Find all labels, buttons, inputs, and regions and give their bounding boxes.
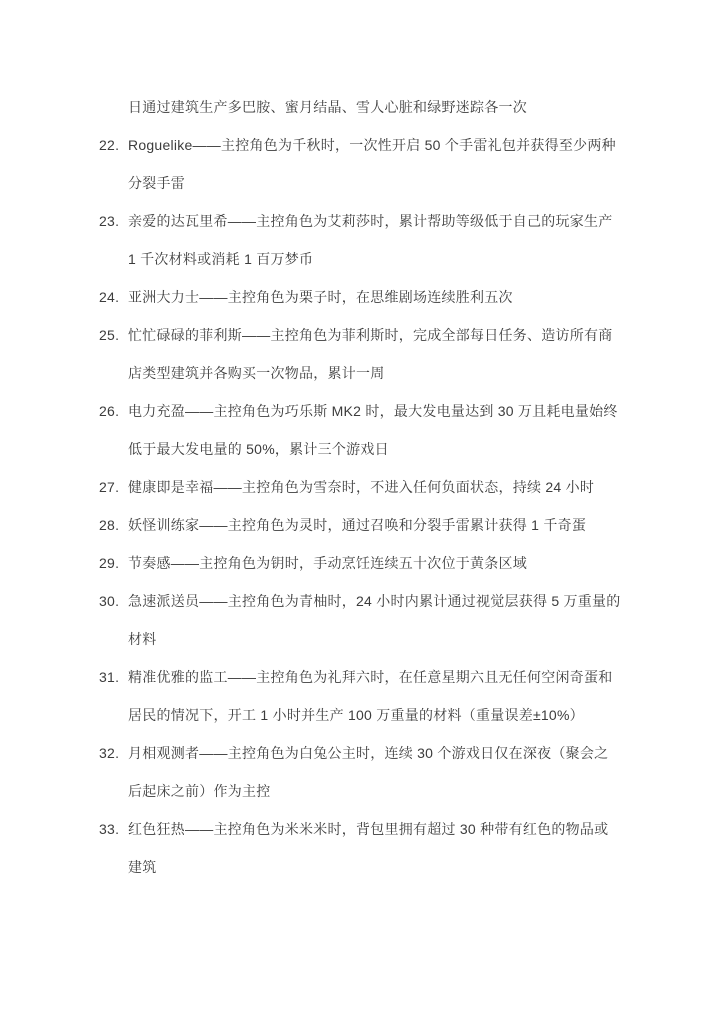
document-content: 日通过建筑生产多巴胺、蜜月结晶、雪人心脏和绿野迷踪各一次 22.Roguelik… [99,88,659,886]
list-item-line: 23.亲爱的达瓦里希——主控角色为艾莉莎时，累计帮助等级低于自己的玩家生产 [99,202,659,240]
list-item-line: 店类型建筑并各购买一次物品，累计一周 [128,354,659,392]
list-item-number: 30. [99,582,128,620]
list-item-line: 24.亚洲大力士——主控角色为栗子时，在思维剧场连续胜利五次 [99,278,659,316]
list-item-line: 居民的情况下，开工 1 小时并生产 100 万重量的材料（重量误差±10%） [128,696,659,734]
list-item-number: 25. [99,316,128,354]
achievement-list: 22.Roguelike——主控角色为千秋时，一次性开启 50 个手雷礼包并获得… [99,126,659,886]
list-item-text: 健康即是幸福——主控角色为雪奈时，不进入任何负面状态，持续 24 小时 [128,479,594,495]
list-item-text: 精准优雅的监工——主控角色为礼拜六时，在任意星期六且无任何空闲奇蛋和 [128,669,613,685]
list-item-line: 25.忙忙碌碌的菲利斯——主控角色为菲利斯时，完成全部每日任务、造访所有商 [99,316,659,354]
list-item-line: 分裂手雷 [128,164,659,202]
list-item: 24.亚洲大力士——主控角色为栗子时，在思维剧场连续胜利五次 [99,278,659,316]
list-item: 30.急速派送员——主控角色为青柚时，24 小时内累计通过视觉层获得 5 万重量… [99,582,659,658]
list-item-text: 节奏感——主控角色为钥时，手动烹饪连续五十次位于黄条区域 [128,555,527,571]
list-item: 22.Roguelike——主控角色为千秋时，一次性开启 50 个手雷礼包并获得… [99,126,659,202]
list-item: 28.妖怪训练家——主控角色为灵时，通过召唤和分裂手雷累计获得 1 千奇蛋 [99,506,659,544]
list-item: 26.电力充盈——主控角色为巧乐斯 MK2 时，最大发电量达到 30 万且耗电量… [99,392,659,468]
list-item-text: 急速派送员——主控角色为青柚时，24 小时内累计通过视觉层获得 5 万重量的 [128,593,621,609]
list-item: 31.精准优雅的监工——主控角色为礼拜六时，在任意星期六且无任何空闲奇蛋和居民的… [99,658,659,734]
list-item-text: 红色狂热——主控角色为米米米时，背包里拥有超过 30 种带有红色的物品或 [128,821,608,837]
list-item-line: 32.月相观测者——主控角色为白兔公主时，连续 30 个游戏日仅在深夜（聚会之 [99,734,659,772]
list-item-number: 24. [99,278,128,316]
list-item-number: 31. [99,658,128,696]
list-item-line: 26.电力充盈——主控角色为巧乐斯 MK2 时，最大发电量达到 30 万且耗电量… [99,392,659,430]
list-item-line: 30.急速派送员——主控角色为青柚时，24 小时内累计通过视觉层获得 5 万重量… [99,582,659,620]
list-item-number: 32. [99,734,128,772]
list-item-text: 月相观测者——主控角色为白兔公主时，连续 30 个游戏日仅在深夜（聚会之 [128,745,608,761]
list-item-line: 1 千次材料或消耗 1 百万梦币 [128,240,659,278]
list-item-line: 33.红色狂热——主控角色为米米米时，背包里拥有超过 30 种带有红色的物品或 [99,810,659,848]
continuation-line: 日通过建筑生产多巴胺、蜜月结晶、雪人心脏和绿野迷踪各一次 [128,88,659,126]
list-item-text: 忙忙碌碌的菲利斯——主控角色为菲利斯时，完成全部每日任务、造访所有商 [128,327,613,343]
list-item: 32.月相观测者——主控角色为白兔公主时，连续 30 个游戏日仅在深夜（聚会之后… [99,734,659,810]
list-item-number: 26. [99,392,128,430]
list-item-number: 23. [99,202,128,240]
list-item-number: 22. [99,126,128,164]
list-item-line: 建筑 [128,848,659,886]
list-item-line: 低于最大发电量的 50%，累计三个游戏日 [128,430,659,468]
list-item-line: 27.健康即是幸福——主控角色为雪奈时，不进入任何负面状态，持续 24 小时 [99,468,659,506]
list-item-line: 材料 [128,620,659,658]
list-item-line: 28.妖怪训练家——主控角色为灵时，通过召唤和分裂手雷累计获得 1 千奇蛋 [99,506,659,544]
list-item: 29.节奏感——主控角色为钥时，手动烹饪连续五十次位于黄条区域 [99,544,659,582]
list-item-text: 亲爱的达瓦里希——主控角色为艾莉莎时，累计帮助等级低于自己的玩家生产 [128,213,613,229]
list-item: 27.健康即是幸福——主控角色为雪奈时，不进入任何负面状态，持续 24 小时 [99,468,659,506]
list-item: 25.忙忙碌碌的菲利斯——主控角色为菲利斯时，完成全部每日任务、造访所有商店类型… [99,316,659,392]
list-item-number: 27. [99,468,128,506]
list-item-line: 29.节奏感——主控角色为钥时，手动烹饪连续五十次位于黄条区域 [99,544,659,582]
list-item: 23.亲爱的达瓦里希——主控角色为艾莉莎时，累计帮助等级低于自己的玩家生产1 千… [99,202,659,278]
document-page: 日通过建筑生产多巴胺、蜜月结晶、雪人心脏和绿野迷踪各一次 22.Roguelik… [0,0,720,1019]
list-item-line: 后起床之前）作为主控 [128,772,659,810]
list-item-number: 29. [99,544,128,582]
list-item-number: 28. [99,506,128,544]
list-item-text: 电力充盈——主控角色为巧乐斯 MK2 时，最大发电量达到 30 万且耗电量始终 [128,403,618,419]
list-item-line: 31.精准优雅的监工——主控角色为礼拜六时，在任意星期六且无任何空闲奇蛋和 [99,658,659,696]
list-item-text: 妖怪训练家——主控角色为灵时，通过召唤和分裂手雷累计获得 1 千奇蛋 [128,517,586,533]
list-item-number: 33. [99,810,128,848]
list-item: 33.红色狂热——主控角色为米米米时，背包里拥有超过 30 种带有红色的物品或建… [99,810,659,886]
list-item-text: 亚洲大力士——主控角色为栗子时，在思维剧场连续胜利五次 [128,289,513,305]
list-item-line: 22.Roguelike——主控角色为千秋时，一次性开启 50 个手雷礼包并获得… [99,126,659,164]
list-item-text: Roguelike——主控角色为千秋时，一次性开启 50 个手雷礼包并获得至少两… [128,137,616,153]
